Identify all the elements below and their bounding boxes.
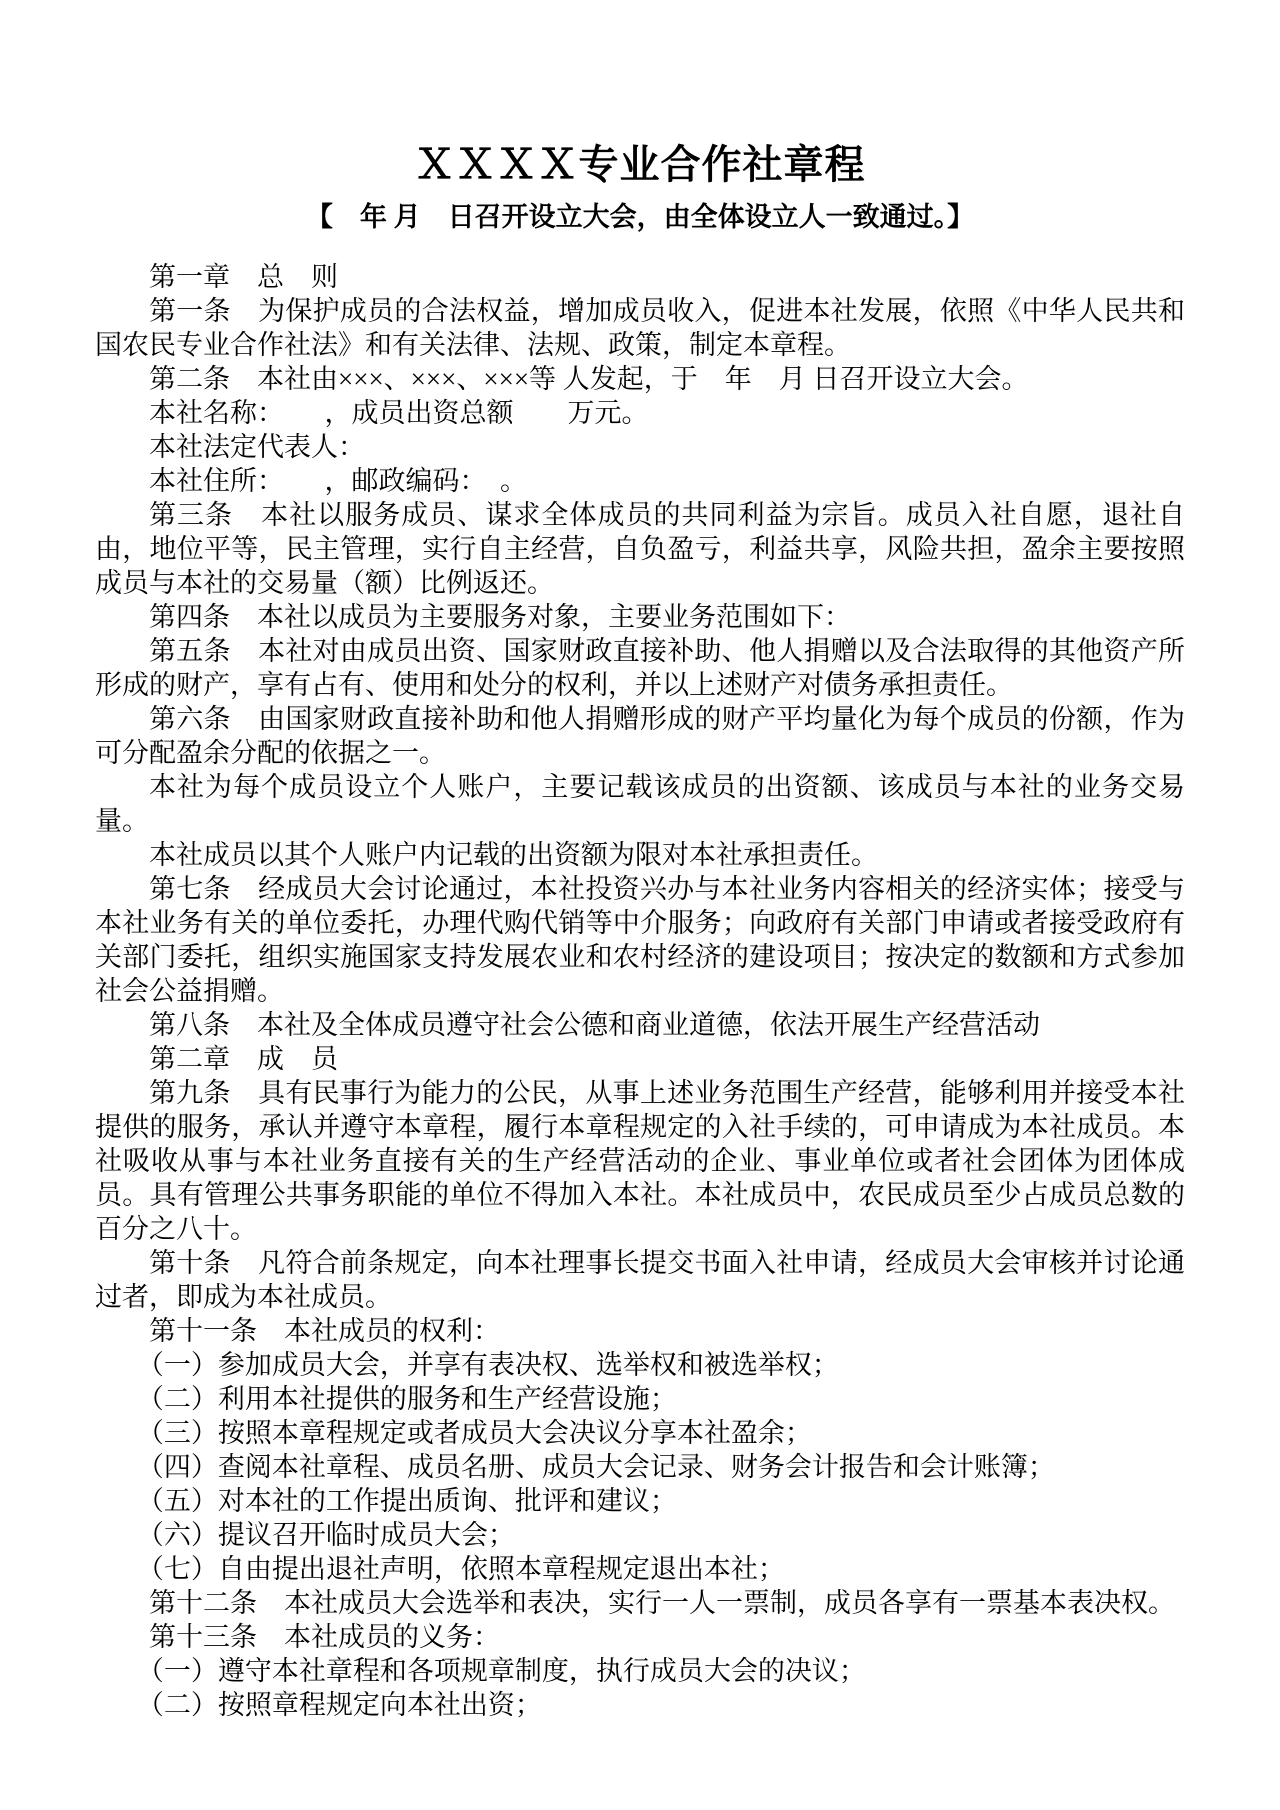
article-11-item-2: （二）利用本社提供的服务和生产经营设施； bbox=[95, 1382, 1185, 1416]
article-6-para-3: 本社成员以其个人账户内记载的出资额为限对本社承担责任。 bbox=[95, 838, 1185, 872]
document-subtitle: 【 年 月 日召开设立大会，由全体设立人一致通过。】 bbox=[95, 200, 1185, 234]
chapter-2-heading: 第二章 成 员 bbox=[95, 1042, 1185, 1076]
document-body: 第一章 总 则 第一条 为保护成员的合法权益，增加成员收入，促进本社发展，依照《… bbox=[95, 260, 1185, 1722]
legal-representative-line: 本社法定代表人： bbox=[95, 430, 1185, 464]
article-8: 第八条 本社及全体成员遵守社会公德和商业道德，依法开展生产经营活动 bbox=[95, 1008, 1185, 1042]
article-10: 第十条 凡符合前条规定，向本社理事长提交书面入社申请，经成员大会审核并讨论通过者… bbox=[95, 1246, 1185, 1314]
article-11-item-7: （七）自由提出退社声明，依照本章程规定退出本社； bbox=[95, 1552, 1185, 1586]
chapter-1-heading: 第一章 总 则 bbox=[95, 260, 1185, 294]
document-title: ＸＸＸＸ专业合作社章程 bbox=[95, 142, 1185, 188]
article-11: 第十一条 本社成员的权利： bbox=[95, 1314, 1185, 1348]
article-1: 第一条 为保护成员的合法权益，增加成员收入，促进本社发展，依照《中华人民共和国农… bbox=[95, 294, 1185, 362]
article-11-item-6: （六）提议召开临时成员大会； bbox=[95, 1518, 1185, 1552]
article-11-item-1: （一）参加成员大会，并享有表决权、选举权和被选举权； bbox=[95, 1348, 1185, 1382]
article-7: 第七条 经成员大会讨论通过，本社投资兴办与本社业务内容相关的经济实体；接受与本社… bbox=[95, 872, 1185, 1008]
article-5: 第五条 本社对由成员出资、国家财政直接补助、他人捐赠以及合法取得的其他资产所形成… bbox=[95, 634, 1185, 702]
article-11-item-5: （五）对本社的工作提出质询、批评和建议； bbox=[95, 1484, 1185, 1518]
article-6-para-2: 本社为每个成员设立个人账户，主要记载该成员的出资额、该成员与本社的业务交易量。 bbox=[95, 770, 1185, 838]
article-2: 第二条 本社由×××、×××、×××等 人发起，于 年 月 日召开设立大会。 bbox=[95, 362, 1185, 396]
article-3: 第三条 本社以服务成员、谋求全体成员的共同利益为宗旨。成员入社自愿，退社自由，地… bbox=[95, 498, 1185, 600]
name-and-capital-line: 本社名称： ，成员出资总额 万元。 bbox=[95, 396, 1185, 430]
article-13-item-1: （一）遵守本社章程和各项规章制度，执行成员大会的决议； bbox=[95, 1654, 1185, 1688]
article-12: 第十二条 本社成员大会选举和表决，实行一人一票制，成员各享有一票基本表决权。 bbox=[95, 1586, 1185, 1620]
article-6: 第六条 由国家财政直接补助和他人捐赠形成的财产平均量化为每个成员的份额，作为可分… bbox=[95, 702, 1185, 770]
article-4: 第四条 本社以成员为主要服务对象，主要业务范围如下： bbox=[95, 600, 1185, 634]
address-postcode-line: 本社住所： ，邮政编码： 。 bbox=[95, 464, 1185, 498]
article-9: 第九条 具有民事行为能力的公民，从事上述业务范围生产经营，能够利用并接受本社提供… bbox=[95, 1076, 1185, 1246]
article-13-item-2: （二）按照章程规定向本社出资； bbox=[95, 1688, 1185, 1722]
article-11-item-4: （四）查阅本社章程、成员名册、成员大会记录、财务会计报告和会计账簿； bbox=[95, 1450, 1185, 1484]
article-11-item-3: （三）按照本章程规定或者成员大会决议分享本社盈余； bbox=[95, 1416, 1185, 1450]
document-page: ＸＸＸＸ专业合作社章程 【 年 月 日召开设立大会，由全体设立人一致通过。】 第… bbox=[0, 0, 1280, 1810]
article-13: 第十三条 本社成员的义务： bbox=[95, 1620, 1185, 1654]
